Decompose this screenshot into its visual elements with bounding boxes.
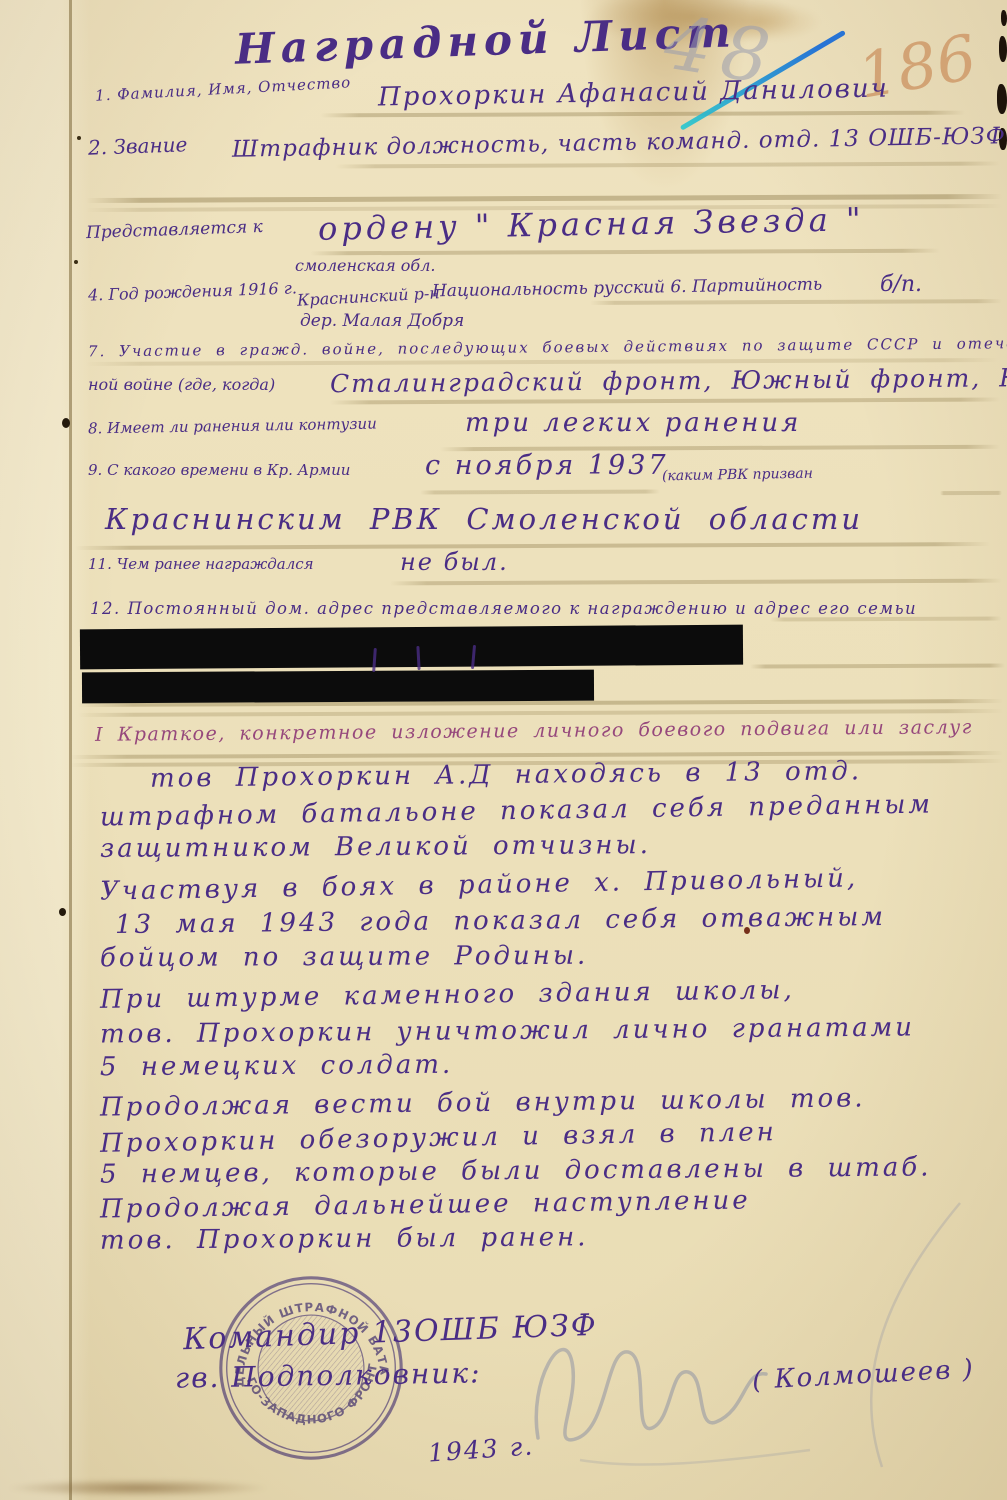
ruled-line (330, 398, 1000, 405)
citation-line: защитником Великой отчизны. (100, 832, 651, 862)
field-birth-label: 4. Год рождения 1916 г. (88, 280, 297, 303)
ruled-line (78, 709, 1003, 717)
citation-line: тов. Прохоркин уничтожил лично гранатами (100, 1014, 915, 1047)
field-wounds-label: 8. Имеет ли ранения или контузии (88, 416, 377, 436)
field-address-label: 12. Постоянный дом. адрес представляемог… (90, 601, 917, 618)
paper-hole (59, 908, 66, 916)
field-service-value: с ноября 1937 (425, 452, 669, 479)
scanned-award-document: Наградной Лист 48 186 1. Фамилия, Имя, О… (0, 0, 1007, 1500)
field-rvk-label: (каким РВК призван (662, 467, 813, 484)
paper-stain (8, 1479, 268, 1497)
citation-line: тов Прохоркин А.Д находясь в 13 отд. (150, 758, 862, 791)
field-wounds-value: три легких ранения (465, 410, 801, 436)
field-awards-value: не был. (400, 550, 509, 574)
paper-speck (77, 136, 81, 140)
presented-label: Представляется к (86, 219, 263, 242)
ruled-line (750, 663, 1005, 668)
paper-hole (62, 418, 70, 428)
signature-date: 1943 г. (427, 1433, 535, 1465)
citation-line: Продолжая дальнейшее наступление (100, 1187, 751, 1222)
section-heading: I Краткое, конкретное изложение личного … (95, 718, 973, 745)
paper-speck (74, 260, 78, 264)
field-rvk-value: Краснинским РВК Смоленской области (105, 505, 863, 534)
ruled-line (70, 751, 1003, 759)
field-service-label: 9. С какого времени в Кр. Армии (88, 463, 350, 478)
ruled-line (310, 249, 940, 256)
ruled-line (75, 542, 990, 550)
birth-village: дер. Малая Добря (300, 313, 464, 330)
signature-line2: гв. Подполковник: (175, 1359, 482, 1392)
ruled-line (86, 194, 1002, 203)
citation-line: 13 мая 1943 года показал себя отважным (115, 904, 886, 938)
ruled-line (390, 579, 1002, 586)
scan-edge-artifact (997, 84, 1007, 114)
field-war-label1: 7. Участие в гражд. войне, последующих б… (88, 336, 1007, 360)
field-awards-label: 11. Чем ранее награждался (88, 557, 314, 572)
ruled-line (335, 162, 1000, 169)
redaction-bar (82, 670, 594, 704)
paper-fold-line (69, 0, 72, 1500)
citation-line: Участвуя в боях в районе х. Привольный, (100, 865, 859, 904)
field-name-label: 1. Фамилия, Имя, Отчество (95, 75, 352, 103)
redaction-bar (80, 625, 743, 670)
ruled-line (590, 299, 1002, 305)
scan-edge-artifact (1001, 10, 1007, 26)
citation-line: штрафном батальоне показал себя преданны… (100, 791, 933, 830)
citation-line: Продолжая вести бой внутри школы тов. (100, 1085, 866, 1120)
field-rank-value: Штрафник должность, часть команд. отд. 1… (232, 125, 1006, 162)
scan-edge-artifact (999, 36, 1007, 62)
ruled-line (940, 491, 1002, 495)
citation-line: Прохоркин обезоружил и взял в плен (100, 1119, 777, 1157)
field-war-value: Сталинградский фронт, Южный фронт, ЮЗФ (330, 365, 1007, 396)
birth-region: смоленская обл. (295, 258, 435, 274)
presented-value: ордену " Красная Звезда " (318, 203, 865, 245)
field-name-value: Прохоркин Афанасий Данилович (378, 76, 889, 111)
pencil-flourish (830, 1195, 980, 1475)
birth-district: Краснинский р-н (297, 285, 441, 308)
party-value: б/п. (880, 274, 922, 296)
citation-line: 5 немцев, которые были доставлены в штаб… (100, 1154, 932, 1187)
citation-line: При штурме каменного здания школы, (100, 977, 795, 1013)
citation-line: бойцом по защите Родины. (100, 943, 588, 972)
field-rank-label: 2. Звание (88, 134, 188, 157)
field-war-label2: ной войне (где, когда) (88, 377, 275, 393)
ruled-line (420, 489, 660, 494)
nationality-party: Национальность русский 6. Партийность (432, 277, 822, 301)
citation-line: тов. Прохоркин был ранен. (100, 1224, 589, 1253)
citation-line: 5 немецких солдат. (100, 1052, 453, 1080)
